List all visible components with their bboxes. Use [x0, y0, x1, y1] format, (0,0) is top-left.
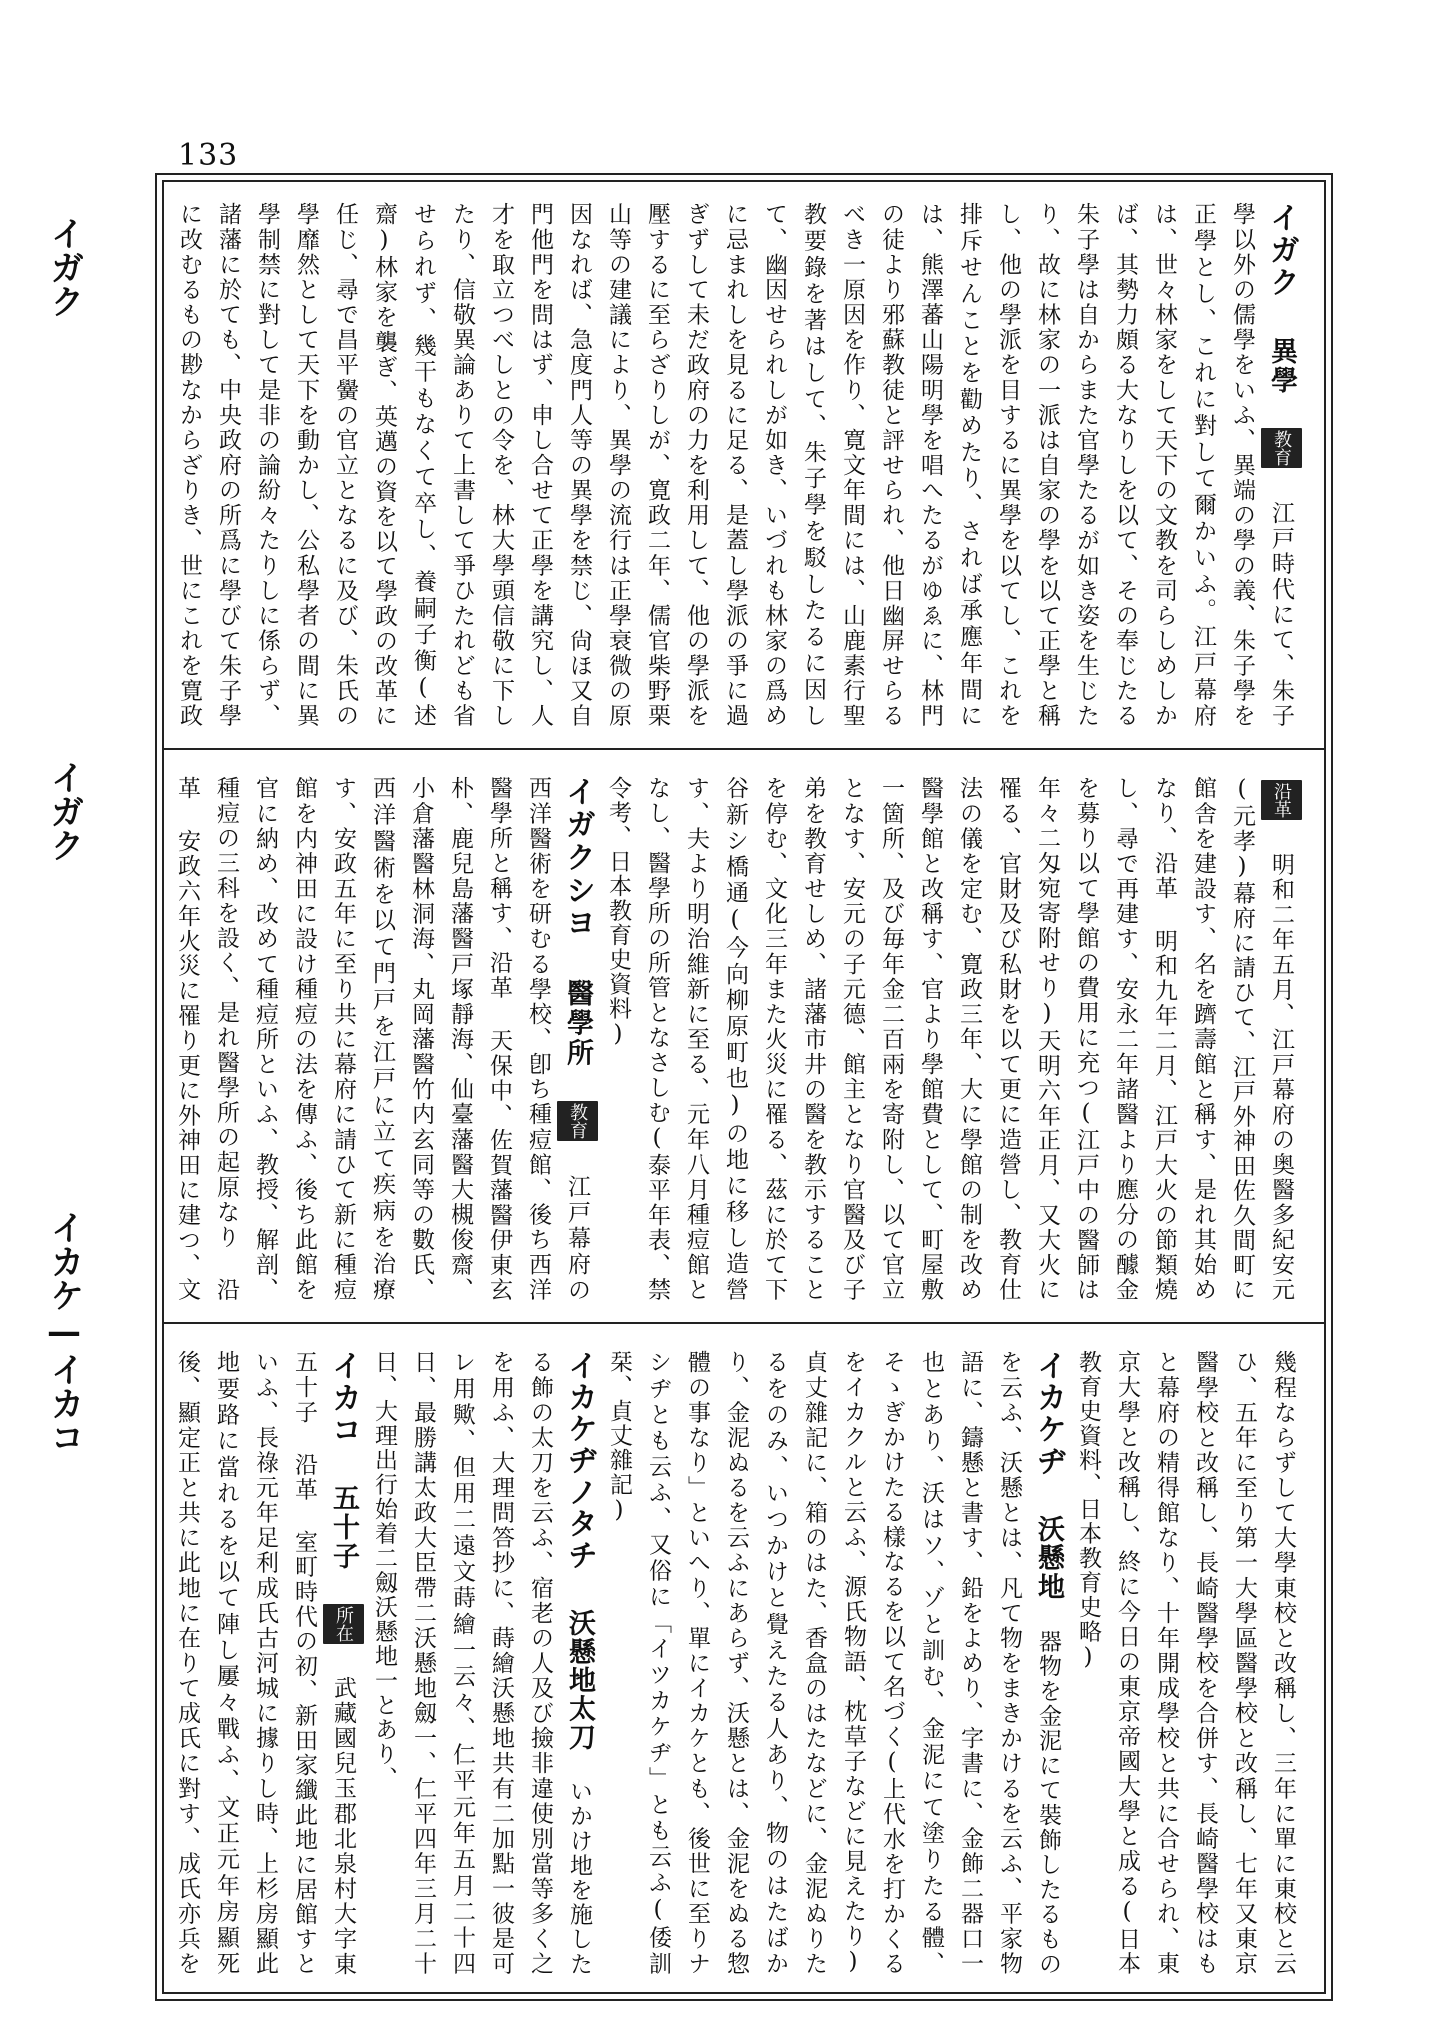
entry-body: いかけ地を施したる飾の太刀を云ふ、宿老の人及び撿非違使別當等多く之を用ふ、大理問…	[371, 1350, 592, 1976]
dictionary-band-2: 沿革 明和二年五月、江戸幕府の奥醫多紀安元(元孝)幕府に請ひて、江戸外神田佐久間…	[164, 756, 1324, 1316]
thumb-index-label: イカケ—イカコ	[40, 1210, 89, 1454]
entry-body: 明和二年五月、江戸幕府の奥醫多紀安元(元孝)幕府に請ひて、江戸外神田佐久間町に館…	[605, 776, 1294, 1302]
band-text: イガク 異學 教育 江戸時代にて、朱子學以外の儒學をいふ、異端の學の義、朱子學を…	[164, 202, 1302, 728]
entry-headword: イカコ	[326, 1350, 361, 1446]
dictionary-entry: イカコ 五十子 所在 武藏國兒玉郡北泉村大字東五十子 沿革 室町時代の初、新田家…	[164, 1350, 356, 1976]
band-divider	[164, 1322, 1324, 1324]
entry-body: 江戸幕府の西洋醫術を研むる學校、卽ち種痘館、後ち西洋醫學所と稱す、沿革 天保中、…	[164, 776, 590, 1302]
category-tag: 沿革	[1261, 780, 1302, 820]
entry-headword: イガクシヨ	[560, 776, 595, 940]
thumb-index-label: イガク	[40, 216, 89, 318]
entry-headword: イカケヂノタチ	[562, 1350, 597, 1571]
category-tag: 所在	[323, 1604, 364, 1644]
entry-kanji: 五十子	[328, 1484, 359, 1571]
band-divider	[164, 748, 1324, 750]
dictionary-entry-continued: 沿革 明和二年五月、江戸幕府の奥醫多紀安元(元孝)幕府に請ひて、江戸外神田佐久間…	[605, 776, 1294, 1302]
entry-body: 幾程ならずして大學東校と改稱し、三年に單に東校と云ひ、五年に至り第一大學區醫學校…	[1075, 1350, 1296, 1976]
thumb-index-label: イガク	[40, 760, 89, 862]
dictionary-entry: イガク 異學 教育 江戸時代にて、朱子學以外の儒學をいふ、異端の學の義、朱子學を…	[164, 202, 1294, 728]
entry-kanji: 醫學所	[562, 979, 593, 1069]
entry-kanji: 異學	[1266, 337, 1297, 396]
category-tag: 教育	[557, 1101, 598, 1141]
entry-body: 器物を金泥にて裝飾したるものを云ふ、沃懸とは、凡て物をまきかけるを云ふ、平家物語…	[606, 1350, 1061, 1976]
entry-headword: イカケヂ	[1031, 1350, 1066, 1477]
page-frame: イガク 異學 教育 江戸時代にて、朱子學以外の儒學をいふ、異端の學の義、朱子學を…	[162, 180, 1326, 1994]
band-text: 沿革 明和二年五月、江戸幕府の奥醫多紀安元(元孝)幕府に請ひて、江戸外神田佐久間…	[164, 776, 1302, 1302]
entry-body: 江戸時代にて、朱子學以外の儒學をいふ、異端の學の義、朱子學を正學とし、これに對し…	[164, 202, 1294, 728]
entry-kanji: 沃懸地	[1033, 1515, 1064, 1601]
entry-kanji: 沃懸地太刀	[564, 1609, 595, 1752]
dictionary-entry: イカケヂノタチ 沃懸地太刀 いかけ地を施したる飾の太刀を云ふ、宿老の人及び撿非違…	[371, 1350, 592, 1976]
band-text: 幾程ならずして大學東校と改稱し、三年に單に東校と云ひ、五年に至り第一大學區醫學校…	[164, 1350, 1302, 1976]
dictionary-entry: イカケヂ 沃懸地 器物を金泥にて裝飾したるものを云ふ、沃懸とは、凡て物をまきかけ…	[606, 1350, 1061, 1976]
dictionary-band-1: イガク 異學 教育 江戸時代にて、朱子學以外の儒學をいふ、異端の學の義、朱子學を…	[164, 182, 1324, 742]
dictionary-entry-continued: 幾程ならずして大學東校と改稱し、三年に單に東校と云ひ、五年に至り第一大學區醫學校…	[1075, 1350, 1296, 1976]
page-number: 133	[178, 138, 238, 173]
dictionary-band-3: 幾程ならずして大學東校と改稱し、三年に單に東校と云ひ、五年に至り第一大學區醫學校…	[164, 1330, 1324, 1990]
category-tag: 教育	[1261, 428, 1302, 468]
entry-headword: イガク	[1264, 202, 1299, 299]
dictionary-entry: イガクシヨ 醫學所 教育 江戸幕府の西洋醫術を研むる學校、卽ち種痘館、後ち西洋醫…	[164, 776, 590, 1302]
